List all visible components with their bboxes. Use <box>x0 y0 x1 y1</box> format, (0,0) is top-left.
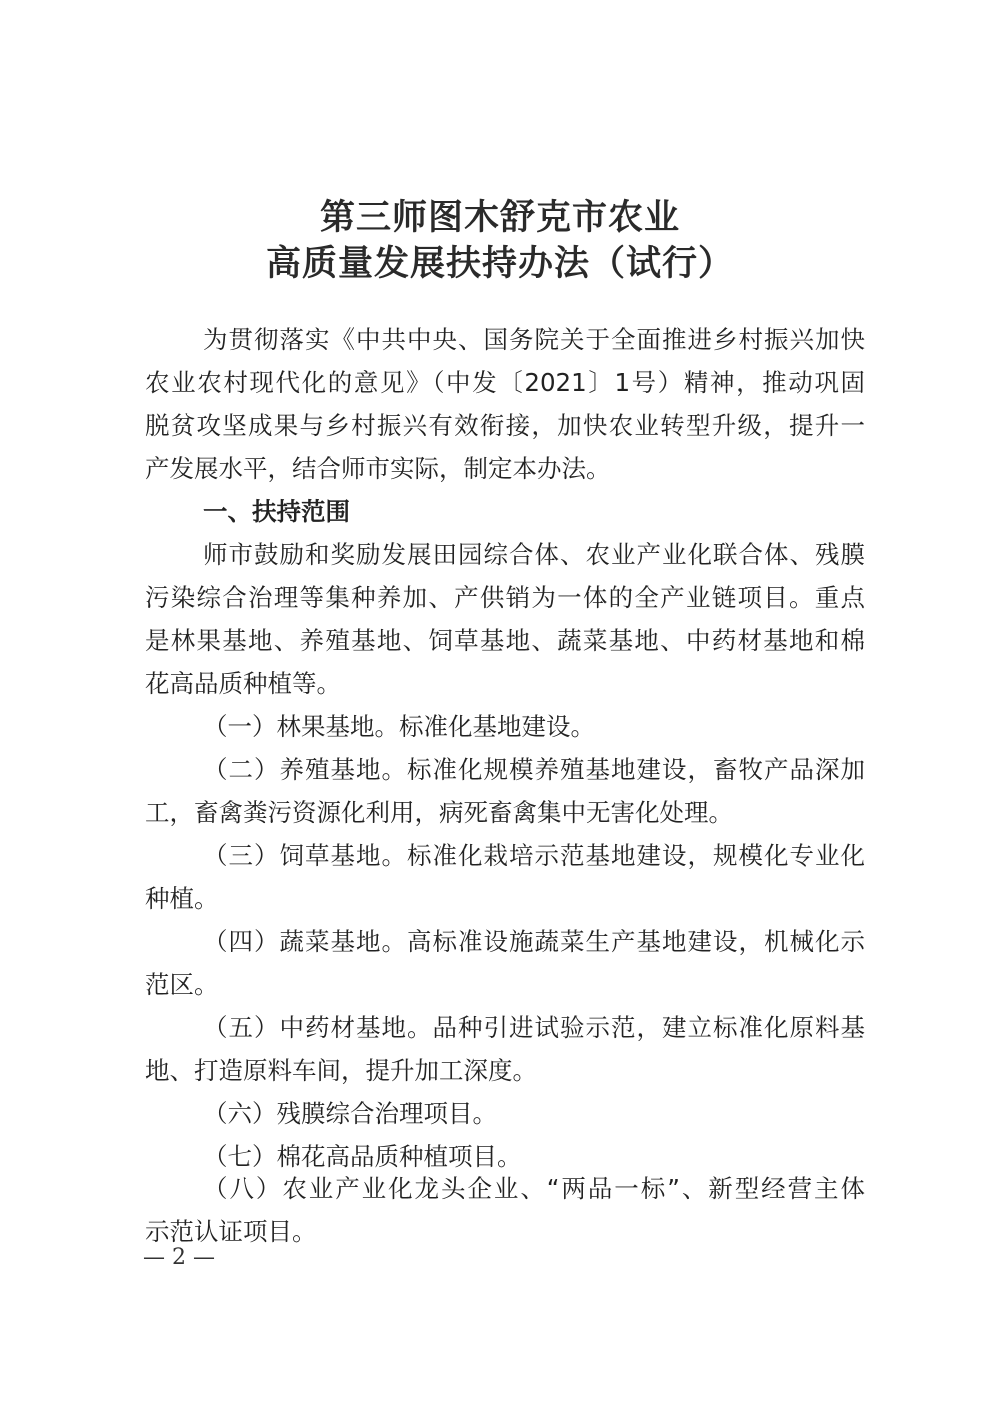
list-item: （六）残膜综合治理项目。 <box>203 1094 865 1134</box>
list-item: （五）中药材基地。品种引进试验示范，建立标准化原料基 <box>203 1008 865 1048</box>
body-line: 污染综合治理等集种养加、产供销为一体的全产业链项目。重点 <box>145 578 865 618</box>
list-item: （三）饲草基地。标准化栽培示范基地建设，规模化专业化 <box>203 836 865 876</box>
list-item-continuation: 种植。 <box>145 879 865 919</box>
page-number: — 2 — <box>143 1245 215 1270</box>
list-item-continuation: 地、打造原料车间，提升加工深度。 <box>145 1051 865 1091</box>
body-line: 产发展水平，结合师市实际，制定本办法。 <box>145 449 865 489</box>
body-line: 花高品质种植等。 <box>145 664 865 704</box>
document-title-line-2: 高质量发展扶持办法（试行） <box>0 242 1000 286</box>
list-item-continuation: 工，畜禽粪污资源化利用，病死畜禽集中无害化处理。 <box>145 793 865 833</box>
document-page: 第三师图木舒克市农业 高质量发展扶持办法（试行） 为贯彻落实《中共中央、国务院关… <box>0 0 1000 1413</box>
document-title-line-1: 第三师图木舒克市农业 <box>0 196 1000 240</box>
list-item: （二）养殖基地。标准化规模养殖基地建设，畜牧产品深加 <box>203 750 865 790</box>
list-item: （四）蔬菜基地。高标准设施蔬菜生产基地建设，机械化示 <box>203 922 865 962</box>
list-item-continuation: 范区。 <box>145 965 865 1005</box>
list-item-continuation: 示范认证项目。 <box>145 1212 865 1252</box>
list-item: （八）农业产业化龙头企业、“两品一标”、新型经营主体 <box>203 1169 865 1209</box>
body-line: 脱贫攻坚成果与乡村振兴有效衔接，加快农业转型升级，提升一 <box>145 406 865 446</box>
body-line: 是林果基地、养殖基地、饲草基地、蔬菜基地、中药材基地和棉 <box>145 621 865 661</box>
body-line: 师市鼓励和奖励发展田园综合体、农业产业化联合体、残膜 <box>203 535 865 575</box>
body-line: 为贯彻落实《中共中央、国务院关于全面推进乡村振兴加快 <box>203 320 865 360</box>
body-line: 农业农村现代化的意见》（中发〔2021〕1号）精神，推动巩固 <box>145 363 865 403</box>
section-heading: 一、扶持范围 <box>203 492 865 532</box>
list-item: （一）林果基地。标准化基地建设。 <box>203 707 865 747</box>
